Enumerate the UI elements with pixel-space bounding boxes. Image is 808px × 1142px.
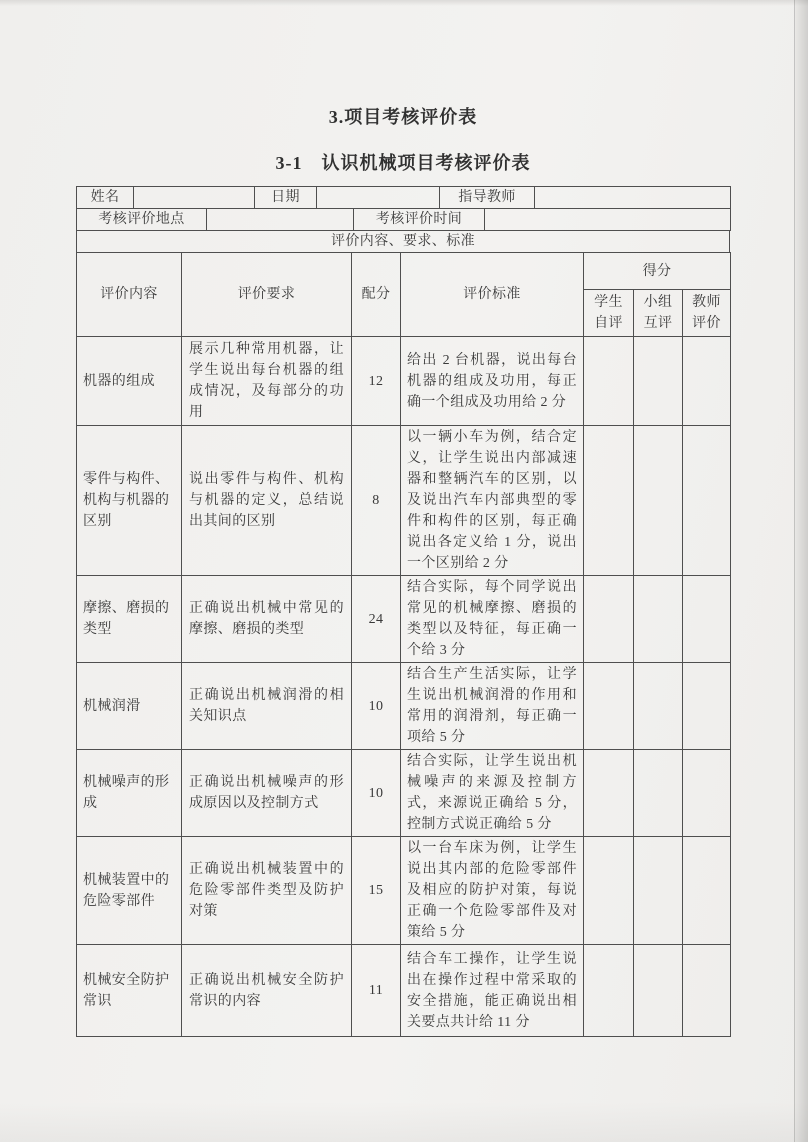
- row-group-score-cell: [634, 426, 683, 576]
- row-standard-cell: 结合实际，每个同学说出常见的机械摩擦、磨损的类型以及特征，每正确一个给 3 分: [401, 576, 584, 663]
- row-requirement-cell: 展示几种常用机器，让学生说出每台机器的组成情况，及每部分的功用: [182, 337, 352, 426]
- row-score-cell: 12: [352, 337, 401, 426]
- row-self-score-cell: [584, 426, 634, 576]
- row-self-score-cell: [584, 576, 634, 663]
- section-header: 评价内容、要求、标准: [77, 231, 730, 253]
- table-row: 机械安全防护常识 正确说出机械安全防护常识的内容 11 结合车工操作，让学生说出…: [77, 945, 731, 1037]
- row-score-cell: 10: [352, 663, 401, 750]
- col-header-group-eval: 小组互评: [634, 290, 683, 337]
- date-label: 日期: [255, 187, 317, 209]
- row-score-cell: 8: [352, 426, 401, 576]
- table-row: 机器的组成 展示几种常用机器，让学生说出每台机器的组成情况，及每部分的功用 12…: [77, 337, 731, 426]
- row-self-score-cell: [584, 837, 634, 945]
- table-caption: 3-1 认识机械项目考核评价表: [76, 149, 730, 175]
- row-score-cell: 11: [352, 945, 401, 1037]
- scanned-document-page: 3.项目考核评价表 3-1 认识机械项目考核评价表 姓名 日期 指导教师 考核评…: [0, 0, 808, 1142]
- row-standard-cell: 结合生产生活实际，让学生说出机械润滑的作用和常用的润滑剂，每正确一项给 5 分: [401, 663, 584, 750]
- row-standard-cell: 以一辆小车为例，结合定义，让学生说出内部减速器和整辆汽车的区别，以及说出汽车内部…: [401, 426, 584, 576]
- table-row: 机械噪声的形成 正确说出机械噪声的形成原因以及控制方式 10 结合实际，让学生说…: [77, 750, 731, 837]
- row-content-cell: 零件与构件、机构与机器的区别: [77, 426, 182, 576]
- row-content-cell: 机械安全防护常识: [77, 945, 182, 1037]
- teacher-label: 指导教师: [440, 187, 535, 209]
- rubric-table: 评价内容 评价要求 配分 评价标准 得分 学生自评 小组互评 教师评价 机器的组…: [76, 252, 731, 1037]
- col-header-score: 配分: [352, 253, 401, 337]
- row-content-cell: 摩擦、磨损的类型: [77, 576, 182, 663]
- row-group-score-cell: [634, 945, 683, 1037]
- row-score-cell: 24: [352, 576, 401, 663]
- table-row: 摩擦、磨损的类型 正确说出机械中常见的摩擦、磨损的类型 24 结合实际，每个同学…: [77, 576, 731, 663]
- row-group-score-cell: [634, 750, 683, 837]
- row-standard-cell: 以一台车床为例，让学生说出其内部的危险零部件及相应的防护对策，每说正确一个危险零…: [401, 837, 584, 945]
- table-row: 机械装置中的危险零部件 正确说出机械装置中的危险零部件类型及防护对策 15 以一…: [77, 837, 731, 945]
- col-header-self-eval-label: 学生自评: [593, 292, 625, 334]
- row-content-cell: 机械噪声的形成: [77, 750, 182, 837]
- name-value-cell: [134, 187, 255, 209]
- page-title: 3.项目考核评价表: [76, 103, 730, 129]
- info-row-1: 姓名 日期 指导教师: [76, 186, 731, 209]
- row-group-score-cell: [634, 337, 683, 426]
- info-row-2: 考核评价地点 考核评价时间: [76, 208, 731, 231]
- row-requirement-cell: 正确说出机械装置中的危险零部件类型及防护对策: [182, 837, 352, 945]
- row-self-score-cell: [584, 945, 634, 1037]
- row-requirement-cell: 正确说出机械噪声的形成原因以及控制方式: [182, 750, 352, 837]
- time-value-cell: [485, 209, 731, 231]
- row-score-cell: 10: [352, 750, 401, 837]
- time-label: 考核评价时间: [354, 209, 485, 231]
- row-teacher-score-cell: [683, 945, 731, 1037]
- row-content-cell: 机械装置中的危险零部件: [77, 837, 182, 945]
- row-self-score-cell: [584, 750, 634, 837]
- teacher-value-cell: [535, 187, 731, 209]
- row-self-score-cell: [584, 337, 634, 426]
- row-teacher-score-cell: [683, 837, 731, 945]
- row-requirement-cell: 说出零件与构件、机构与机器的定义，总结说出其间的区别: [182, 426, 352, 576]
- scan-top-edge: [0, 0, 808, 6]
- row-standard-cell: 结合车工操作，让学生说出在操作过程中常采取的安全措施，能正确说出相关要点共计给 …: [401, 945, 584, 1037]
- row-requirement-cell: 正确说出机械中常见的摩擦、磨损的类型: [182, 576, 352, 663]
- row-group-score-cell: [634, 663, 683, 750]
- col-header-points: 得分: [584, 253, 731, 290]
- row-standard-cell: 给出 2 台机器，说出每台机器的组成及功用，每正确一个组成及功用给 2 分: [401, 337, 584, 426]
- scan-bottom-shade: [0, 1102, 808, 1142]
- row-requirement-cell: 正确说出机械安全防护常识的内容: [182, 945, 352, 1037]
- col-header-teacher-eval: 教师评价: [683, 290, 731, 337]
- place-label: 考核评价地点: [77, 209, 207, 231]
- col-header-group-eval-label: 小组互评: [642, 292, 674, 334]
- row-requirement-cell: 正确说出机械润滑的相关知识点: [182, 663, 352, 750]
- row-content-cell: 机器的组成: [77, 337, 182, 426]
- row-teacher-score-cell: [683, 426, 731, 576]
- row-self-score-cell: [584, 663, 634, 750]
- name-label: 姓名: [77, 187, 134, 209]
- table-row: 机械润滑 正确说出机械润滑的相关知识点 10 结合生产生活实际，让学生说出机械润…: [77, 663, 731, 750]
- row-content-cell: 机械润滑: [77, 663, 182, 750]
- place-value-cell: [207, 209, 354, 231]
- evaluation-form: 姓名 日期 指导教师 考核评价地点 考核评价时间 评价内容、要求、标准: [76, 186, 730, 1037]
- scan-right-edge-shadow: [794, 0, 808, 1142]
- col-header-teacher-eval-label: 教师评价: [691, 292, 723, 334]
- row-teacher-score-cell: [683, 750, 731, 837]
- row-score-cell: 15: [352, 837, 401, 945]
- col-header-requirement: 评价要求: [182, 253, 352, 337]
- col-header-standard: 评价标准: [401, 253, 584, 337]
- row-teacher-score-cell: [683, 576, 731, 663]
- table-row: 零件与构件、机构与机器的区别 说出零件与构件、机构与机器的定义，总结说出其间的区…: [77, 426, 731, 576]
- row-group-score-cell: [634, 576, 683, 663]
- row-standard-cell: 结合实际，让学生说出机械噪声的来源及控制方式，来源说正确给 5 分，控制方式说正…: [401, 750, 584, 837]
- row-teacher-score-cell: [683, 663, 731, 750]
- col-header-self-eval: 学生自评: [584, 290, 634, 337]
- row-teacher-score-cell: [683, 337, 731, 426]
- section-banner: 评价内容、要求、标准: [76, 230, 730, 253]
- row-group-score-cell: [634, 837, 683, 945]
- date-value-cell: [317, 187, 440, 209]
- col-header-content: 评价内容: [77, 253, 182, 337]
